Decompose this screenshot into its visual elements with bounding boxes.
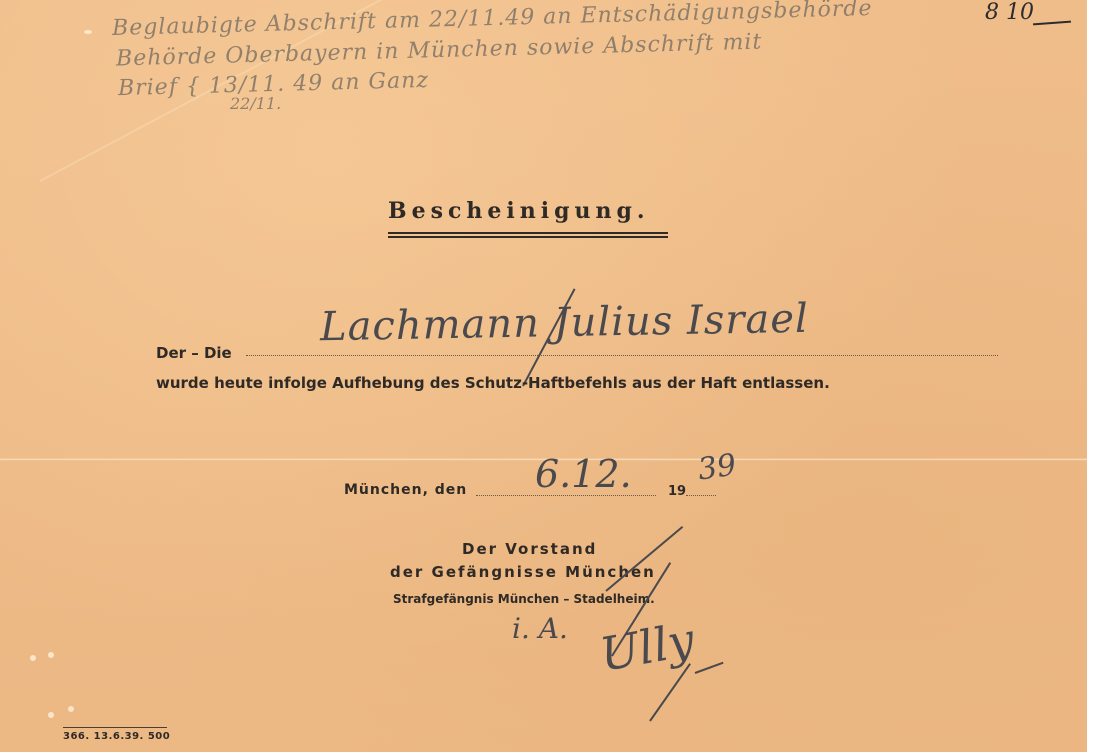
footer-print-code: 366. 13.6.39. 500 xyxy=(63,731,170,742)
title-underline xyxy=(388,232,668,234)
name-label: Der – Die xyxy=(156,344,232,362)
footer-rule xyxy=(63,727,167,728)
authority-line-1: Der Vorstand xyxy=(462,540,597,558)
signature-stroke xyxy=(695,662,724,674)
year-dotted-line xyxy=(686,495,716,496)
paper-damage-spot xyxy=(84,30,92,34)
paper-damage-spot xyxy=(48,652,54,658)
signature-stroke xyxy=(605,526,683,592)
name-dotted-line xyxy=(246,355,998,356)
paper-damage-spot xyxy=(48,712,54,718)
handwritten-year: 39 xyxy=(696,448,739,488)
year-prefix: 19 xyxy=(668,484,686,499)
place-label: München, den xyxy=(344,482,467,498)
paper-damage-spot xyxy=(30,655,36,661)
document-paper: Beglaubigte Abschrift am 22/11.49 an Ent… xyxy=(0,0,1087,752)
page-mark: 8 10 xyxy=(985,0,1034,25)
handwritten-date: 6.12. xyxy=(535,452,632,496)
signature-prefix: i. A. xyxy=(512,612,568,645)
margin-note-line-3b: 22/11. xyxy=(230,94,281,113)
title-underline xyxy=(388,236,668,238)
page-mark-underline xyxy=(1033,21,1071,26)
authority-line-3: Strafgefängnis München – Stadelheim. xyxy=(393,592,655,606)
paper-damage-spot xyxy=(68,706,74,712)
authority-line-2: der Gefängnisse München xyxy=(390,563,656,581)
document-title: Bescheinigung. xyxy=(388,198,650,224)
body-text: wurde heute infolge Aufhebung des Schutz… xyxy=(156,374,830,392)
